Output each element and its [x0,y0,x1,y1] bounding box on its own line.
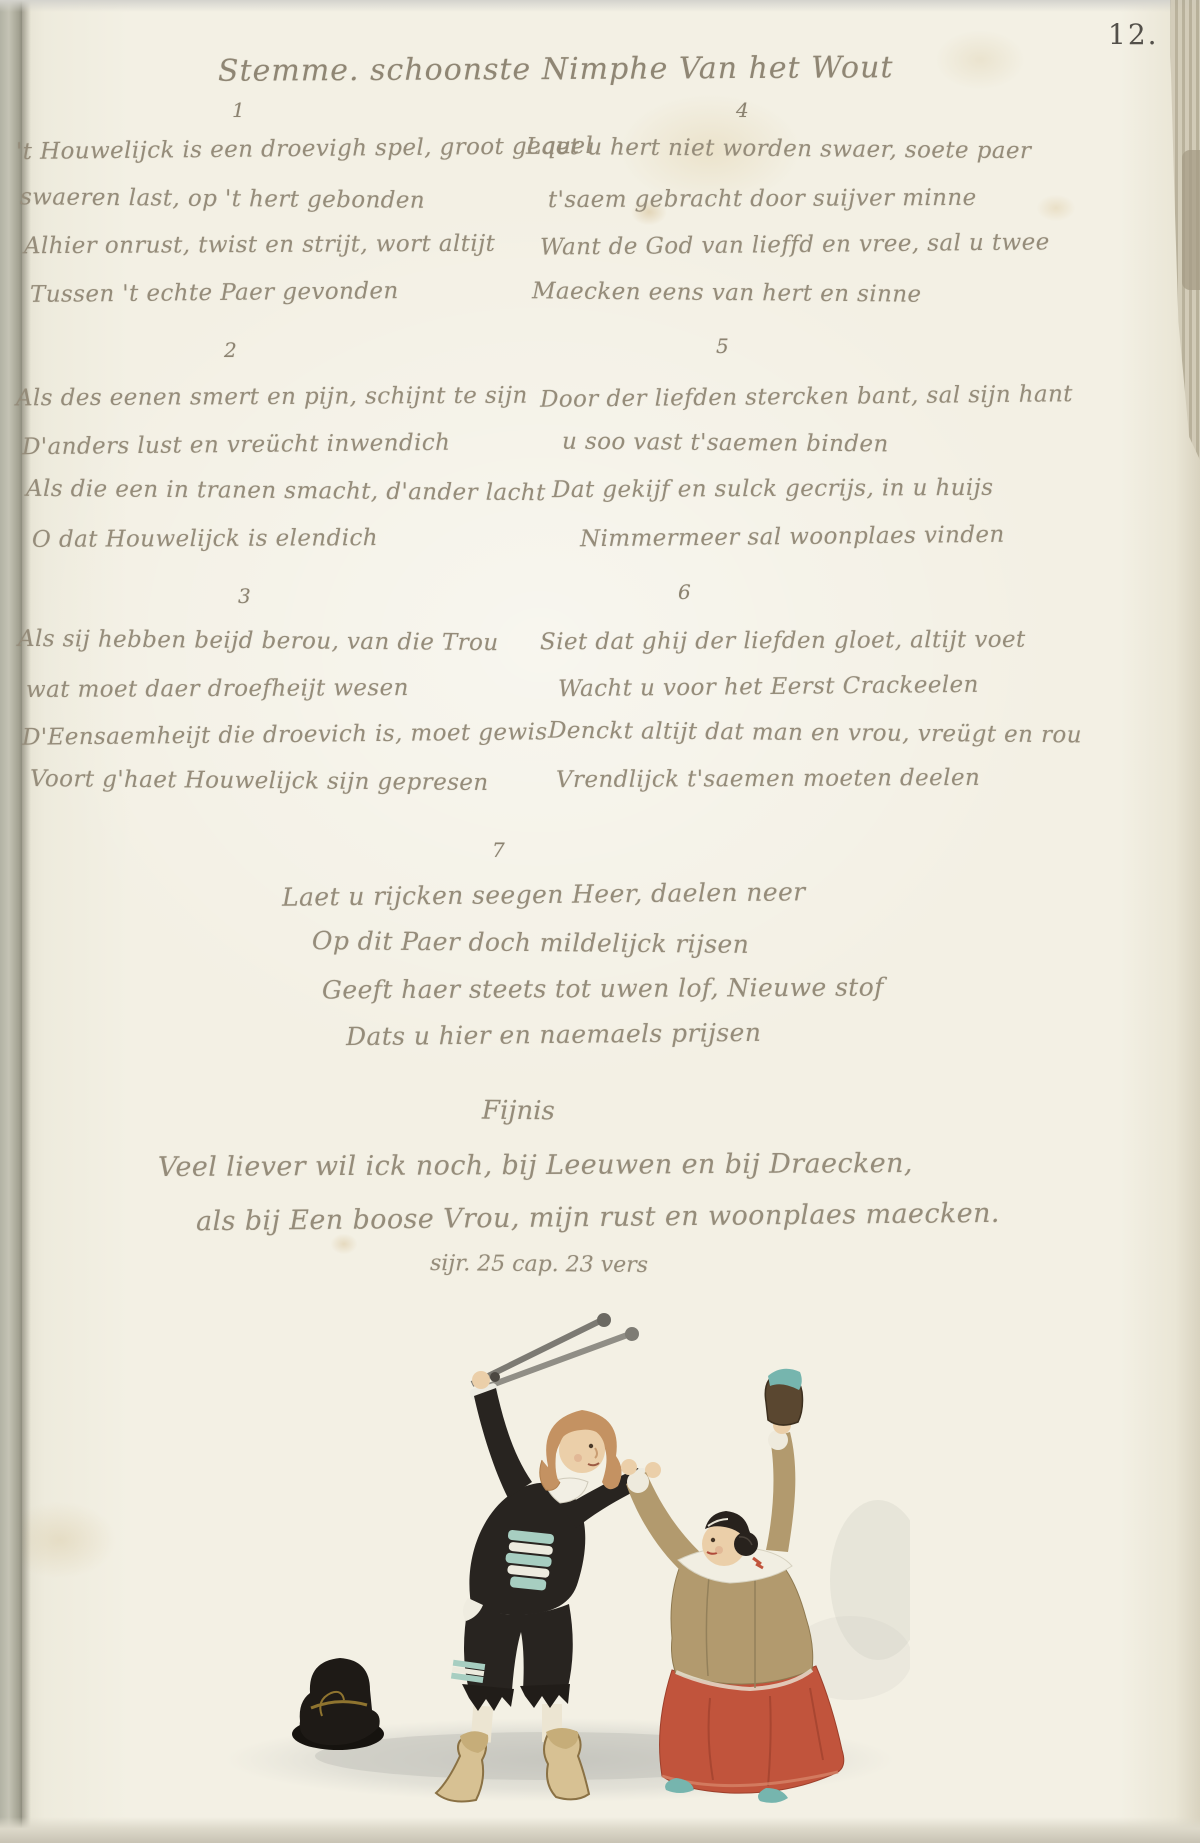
verse-line: swaeren last, op 't hert gebonden [20,184,425,214]
finis-label: Fijnis [482,1096,555,1127]
verse-line: wat moet daer droefheijt wesen [26,675,409,703]
verse-line: Dat gekijf en sulck gecrijs, in u huijs [552,475,994,503]
fire-tongs [472,1313,639,1390]
man-arm-raised [474,1388,532,1498]
verse-line: t'saem gebracht door suijver minne [548,185,977,213]
verse-line: Tussen 't echte Paer gevonden [30,278,399,308]
illustration-fighting-couple [210,1298,910,1823]
verse-number: 6 [678,580,691,604]
verse-line: Want de God van lieffd en vree, sal u tw… [540,229,1050,260]
verse-line: Alhier onrust, twist en strijt, wort alt… [24,231,495,259]
verse-number: 5 [716,334,729,358]
verse-number: 2 [224,338,237,362]
verse-line: Als die een in tranen smacht, d'ander la… [26,476,546,507]
verse-line: O dat Houwelijck is elendich [32,525,378,553]
verse-line: Vrendlijck t'saemen moeten deelen [556,765,980,793]
woman-arm-raised [766,1432,795,1552]
verse-line: Als des eenen smert en pijn, schijnt te … [16,383,528,412]
verse-line: Wacht u voor het Eerst Crackeelen [558,672,979,702]
page-number: 12. [1108,18,1159,51]
verse-number: 1 [232,98,245,122]
verse-line: Dats u hier en naemaels prijsen [346,1018,762,1051]
page-top-edge [0,0,1200,12]
gutter-shadow [22,0,31,1843]
verse-line: Op dit Paer doch mildelijck rijsen [312,926,749,959]
page-corner-notch [1182,150,1200,290]
song-title: Stemme. schoonste Nimphe Van het Wout [218,50,894,89]
man-head [540,1410,622,1490]
verse-line: Voort g'haet Houwelijck sijn gepresen [30,766,489,796]
fallen-hat [292,1658,384,1750]
man-hand-tongs [472,1371,490,1389]
verse-number: 7 [492,838,505,862]
scripture-citation: sijr. 25 cap. 23 vers [430,1251,648,1278]
verse-line: Als sij hebben beijd berou, van die Trou [18,626,499,656]
slipper [765,1369,802,1425]
closing-couplet-line: Veel liever wil ick noch, bij Leeuwen en… [158,1148,913,1183]
verse-number: 4 [736,98,749,122]
verse-line: Geeft haer steets tot uwen lof, Nieuwe s… [322,973,884,1005]
woman-hand [621,1459,637,1475]
woman-head [702,1511,763,1568]
verse-line: Laet u hert niet worden swaer, soete pae… [526,134,1032,164]
verse-number: 3 [238,584,251,608]
verse-line: u soo vast t'saemen binden [562,429,889,458]
verse-line: Nimmermeer sal woonplaes vinden [580,522,1005,552]
manuscript-scan: 12. Stemme. schoonste Nimphe Van het Wou… [0,0,1200,1843]
book-gutter-left [0,0,22,1843]
verse-line: Siet dat ghij der liefden gloet, altijt … [540,627,1026,656]
verse-line: D'Eensaemheijt die droevich is, moet gew… [22,719,548,751]
verse-line: D'anders lust en vreücht inwendich [22,430,451,460]
woman-skirt [660,1666,844,1793]
verse-line: Maecken eens van hert en sinne [532,278,922,307]
verse-line: Laet u rijcken seegen Heer, daelen neer [282,877,806,911]
verse-line: Denckt altijt dat man en vrou, vreügt en… [548,718,1082,749]
